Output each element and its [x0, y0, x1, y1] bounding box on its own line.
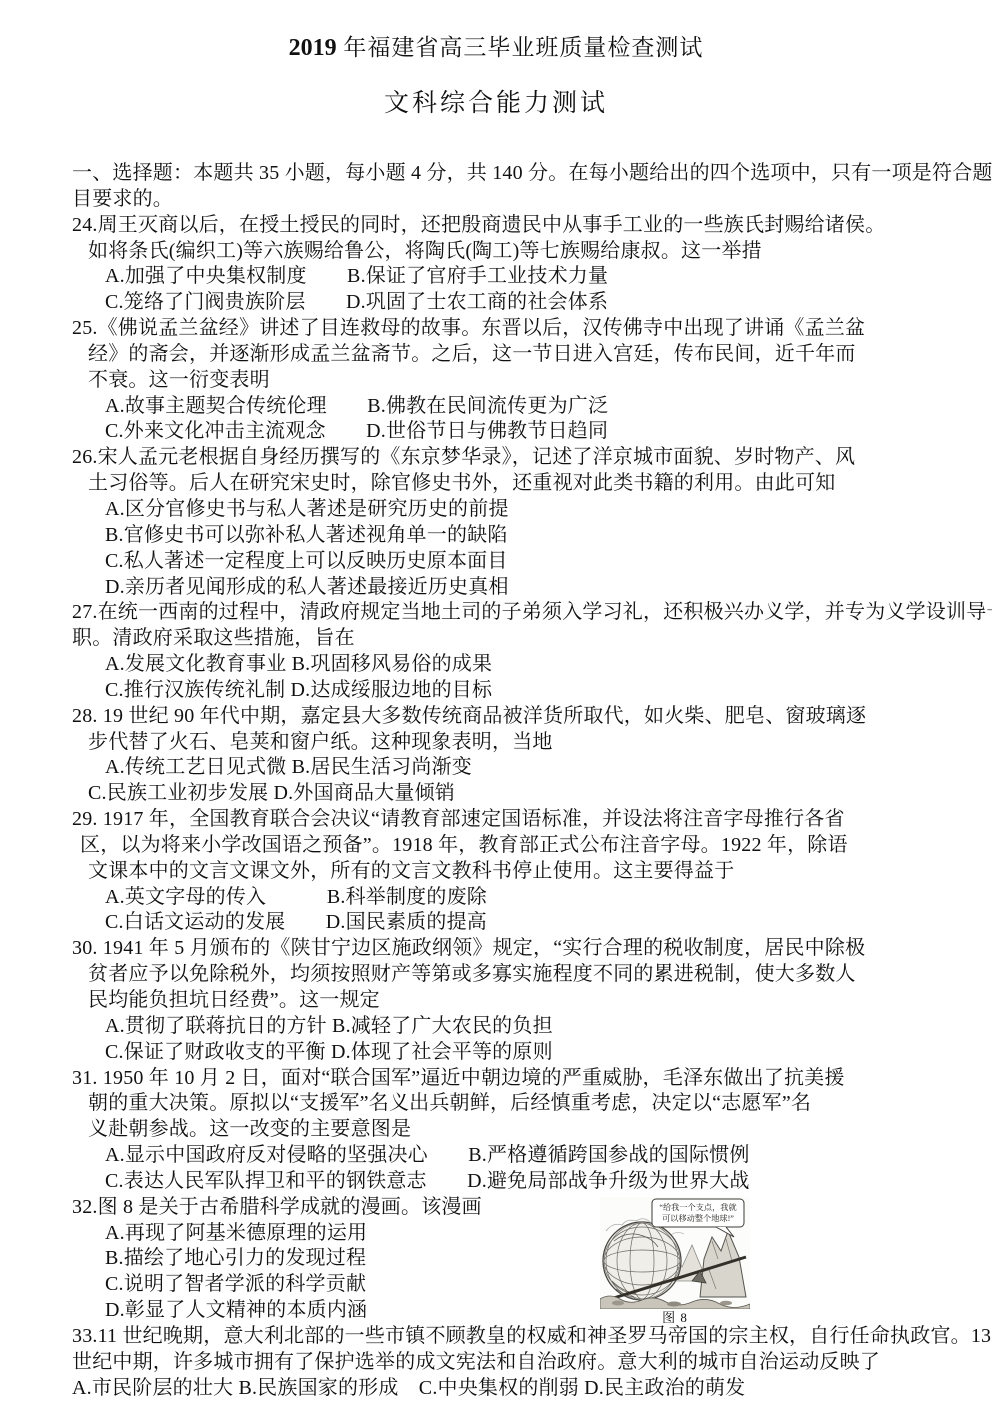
question-28: 28. 19 世纪 90 年代中期，嘉定县大多数传统商品被洋货所取代，如火柴、肥… — [72, 704, 934, 807]
page-subtitle: 文科综合能力测试 — [0, 88, 992, 119]
question-33-line: 世纪中期，许多城市拥有了保护选举的成文宪法和自治政府。意大利的城市自治运动反映了 — [72, 1350, 934, 1376]
question-31-line: 朝的重大决策。原拟以“支援军”名义出兵朝鲜，后经慎重考虑，决定以“志愿军”名 — [72, 1091, 934, 1117]
page-title: 2019 年福建省高三毕业班质量检查测试 — [0, 33, 992, 63]
question-26-line: 26.宋人孟元老根据自身经历撰写的《东京梦华录》，记述了洋京城市面貌、岁时物产、… — [72, 445, 934, 471]
question-25: 25.《佛说孟兰盆经》讲述了目连救母的故事。东晋以后，汉传佛寺中出现了讲诵《孟兰… — [72, 316, 934, 445]
exam-body: 一、选择题：本题共 35 小题，每小题 4 分，共 140 分。在每小题给出的四… — [0, 161, 992, 1402]
question-31-line: C.表达人民军队捍卫和平的钢铁意志 D.避免局部战争升级为世界大战 — [72, 1169, 934, 1195]
question-24-line: 如将条氏(编织工)等六族赐给鲁公，将陶氏(陶工)等七族赐给康叔。这一举措 — [72, 239, 934, 265]
ground-stone — [720, 1300, 732, 1305]
question-25-line: 25.《佛说孟兰盆经》讲述了目连救母的故事。东晋以后，汉传佛寺中出现了讲诵《孟兰… — [72, 316, 934, 342]
question-29-line: 区，以为将来小学改国语之预备”。1918 年，教育部正式公布注音字母。1922 … — [72, 833, 934, 859]
question-24-line: A.加强了中央集权制度 B.保证了官府手工业技术力量 — [72, 264, 934, 290]
question-32-line: A.再现了阿基米德原理的运用 — [72, 1221, 934, 1247]
question-31: 31. 1950 年 10 月 2 日，面对“联合国军”逼近中朝边境的严重威胁，… — [72, 1066, 934, 1195]
question-26-line: B.官修史书可以弥补私人著述视角单一的缺陷 — [72, 523, 934, 549]
question-26-line: D.亲历者见闻形成的私人著述最接近历史真相 — [72, 575, 934, 601]
question-32: 32.图 8 是关于古希腊科学成就的漫画。该漫画A.再现了阿基米德原理的运用B.… — [72, 1195, 934, 1324]
question-26-line: 土习俗等。后人在研究宋史时，除官修史书外，还重视对此类书籍的利用。由此可知 — [72, 471, 934, 497]
question-33-line: 33.11 世纪晚期，意大利北部的一些市镇不顾教皇的权威和神圣罗马帝国的宗主权，… — [72, 1324, 934, 1350]
question-29-line: A.英文字母的传入 B.科举制度的废除 — [72, 885, 934, 911]
exam-page: 2019 年福建省高三毕业班质量检查测试 文科综合能力测试 一、选择题：本题共 … — [0, 0, 992, 1403]
speech-text-line2: 可以移动整个地球!” — [662, 1213, 734, 1223]
ground-stone — [612, 1300, 624, 1305]
ground-stone — [667, 1301, 681, 1306]
question-29-line: C.白话文运动的发展 D.国民素质的提高 — [72, 910, 934, 936]
question-29-line: 文课本中的文言文课文外，所有的文言文教科书停止使用。这主要得益于 — [72, 859, 934, 885]
question-31-line: 31. 1950 年 10 月 2 日，面对“联合国军”逼近中朝边境的严重威胁，… — [72, 1066, 934, 1092]
question-27-line: A.发展文化教育事业 B.巩固移风易俗的成果 — [72, 652, 934, 678]
question-30-line: A.贯彻了联蒋抗日的方针 B.减轻了广大农民的负担 — [72, 1014, 934, 1040]
question-25-line: C.外来文化冲击主流观念 D.世俗节日与佛教节日趋同 — [72, 419, 934, 445]
question-30-line: 民均能负担坑日经费”。这一规定 — [72, 988, 934, 1014]
question-30-line: C.保证了财政收支的平衡 D.体现了社会平等的原则 — [72, 1040, 934, 1066]
question-25-line: A.故事主题契合传统伦理 B.佛教在民间流传更为广泛 — [72, 394, 934, 420]
question-27-line: 27.在统一西南的过程中，清政府规定当地土司的子弟须入学习礼，还积极兴办义学，并… — [72, 600, 934, 626]
question-33: 33.11 世纪晚期，意大利北部的一些市镇不顾教皇的权威和神圣罗马帝国的宗主权，… — [72, 1324, 934, 1402]
question-30-line: 30. 1941 年 5 月颁布的《陕甘宁边区施政纲领》规定，“实行合理的税收制… — [72, 936, 934, 962]
question-29: 29. 1917 年，全国教育联合会决议“请教育部速定国语标准，并设法将注音字母… — [72, 807, 934, 936]
question-30-line: 贫者应予以免除税外，均须按照财产等第或多寡实施程度不同的累进税制，使大多数人 — [72, 962, 934, 988]
question-27-line: C.推行汉族传统礼制 D.达成绥服边地的目标 — [72, 678, 934, 704]
question-28-line: 28. 19 世纪 90 年代中期，嘉定县大多数传统商品被洋货所取代，如火柴、肥… — [72, 704, 934, 730]
question-28-line: C.民族工业初步发展 D.外国商品大量倾销 — [72, 781, 934, 807]
title-year: 2019 — [289, 35, 337, 61]
question-31-line: 义赴朝参战。这一改变的主要意图是 — [72, 1117, 934, 1143]
question-27-line: 职。清政府采取这些措施，旨在 — [72, 626, 934, 652]
question-26: 26.宋人孟元老根据自身经历撰写的《东京梦华录》，记述了洋京城市面貌、岁时物产、… — [72, 445, 934, 600]
question-27: 27.在统一西南的过程中，清政府规定当地土司的子弟须入学习礼，还积极兴办义学，并… — [72, 600, 934, 703]
question-24-line: 24.周王灭商以后，在授土授民的同时，还把殷商遗民中从事手工业的一些族氏封赐给诸… — [72, 213, 934, 239]
title-text: 年福建省高三毕业班质量检查测试 — [337, 35, 704, 60]
archimedes-cartoon-image: “给我一个支点，我就 可以移动整个地球!” — [600, 1197, 750, 1309]
question-31-line: A.显示中国政府反对侵略的坚强决心 B.严格遵循跨国参战的国际惯例 — [72, 1143, 934, 1169]
question-33-line: A.市民阶层的壮大 B.民族国家的形成 C.中央集权的削弱 D.民主政治的萌发 — [72, 1376, 934, 1402]
question-24-line: C.笼络了门阀贵族阶层 D.巩固了士农工商的社会体系 — [72, 290, 934, 316]
speech-text-line1: “给我一个支点，我就 — [659, 1202, 736, 1213]
question-list: 24.周王灭商以后，在授土授民的同时，还把殷商遗民中从事手工业的一些族氏封赐给诸… — [72, 213, 934, 1402]
instructions-line: 一、选择题：本题共 35 小题，每小题 4 分，共 140 分。在每小题给出的四… — [72, 161, 934, 187]
question-28-line: 步代替了火石、皂荚和窗户纸。这种现象表明，当地 — [72, 730, 934, 756]
question-26-line: A.区分官修史书与私人著述是研究历史的前提 — [72, 497, 934, 523]
question-29-line: 29. 1917 年，全国教育联合会决议“请教育部速定国语标准，并设法将注音字母… — [72, 807, 934, 833]
instructions-line: 目要求的。 — [72, 187, 934, 213]
question-32-line: B.描绘了地心引力的发现过程 — [72, 1246, 934, 1272]
section-instructions: 一、选择题：本题共 35 小题，每小题 4 分，共 140 分。在每小题给出的四… — [72, 161, 934, 213]
question-25-line: 不衰。这一衍变表明 — [72, 368, 934, 394]
figure-8: “给我一个支点，我就 可以移动整个地球!” 图 8 — [600, 1197, 750, 1326]
question-32-line: 32.图 8 是关于古希腊科学成就的漫画。该漫画 — [72, 1195, 934, 1221]
question-26-line: C.私人著述一定程度上可以反映历史原本面目 — [72, 549, 934, 575]
question-30: 30. 1941 年 5 月颁布的《陕甘宁边区施政纲领》规定，“实行合理的税收制… — [72, 936, 934, 1065]
question-24: 24.周王灭商以后，在授土授民的同时，还把殷商遗民中从事手工业的一些族氏封赐给诸… — [72, 213, 934, 316]
question-32-line: D.彰显了人文精神的本质内涵 — [72, 1298, 934, 1324]
question-32-line: C.说明了智者学派的科学贡献 — [72, 1272, 934, 1298]
question-28-line: A.传统工艺日见式微 B.居民生活习尚渐变 — [72, 755, 934, 781]
question-25-line: 经》的斋会，并逐渐形成孟兰盆斋节。之后，这一节日进入宫廷，传布民间，近千年而 — [72, 342, 934, 368]
